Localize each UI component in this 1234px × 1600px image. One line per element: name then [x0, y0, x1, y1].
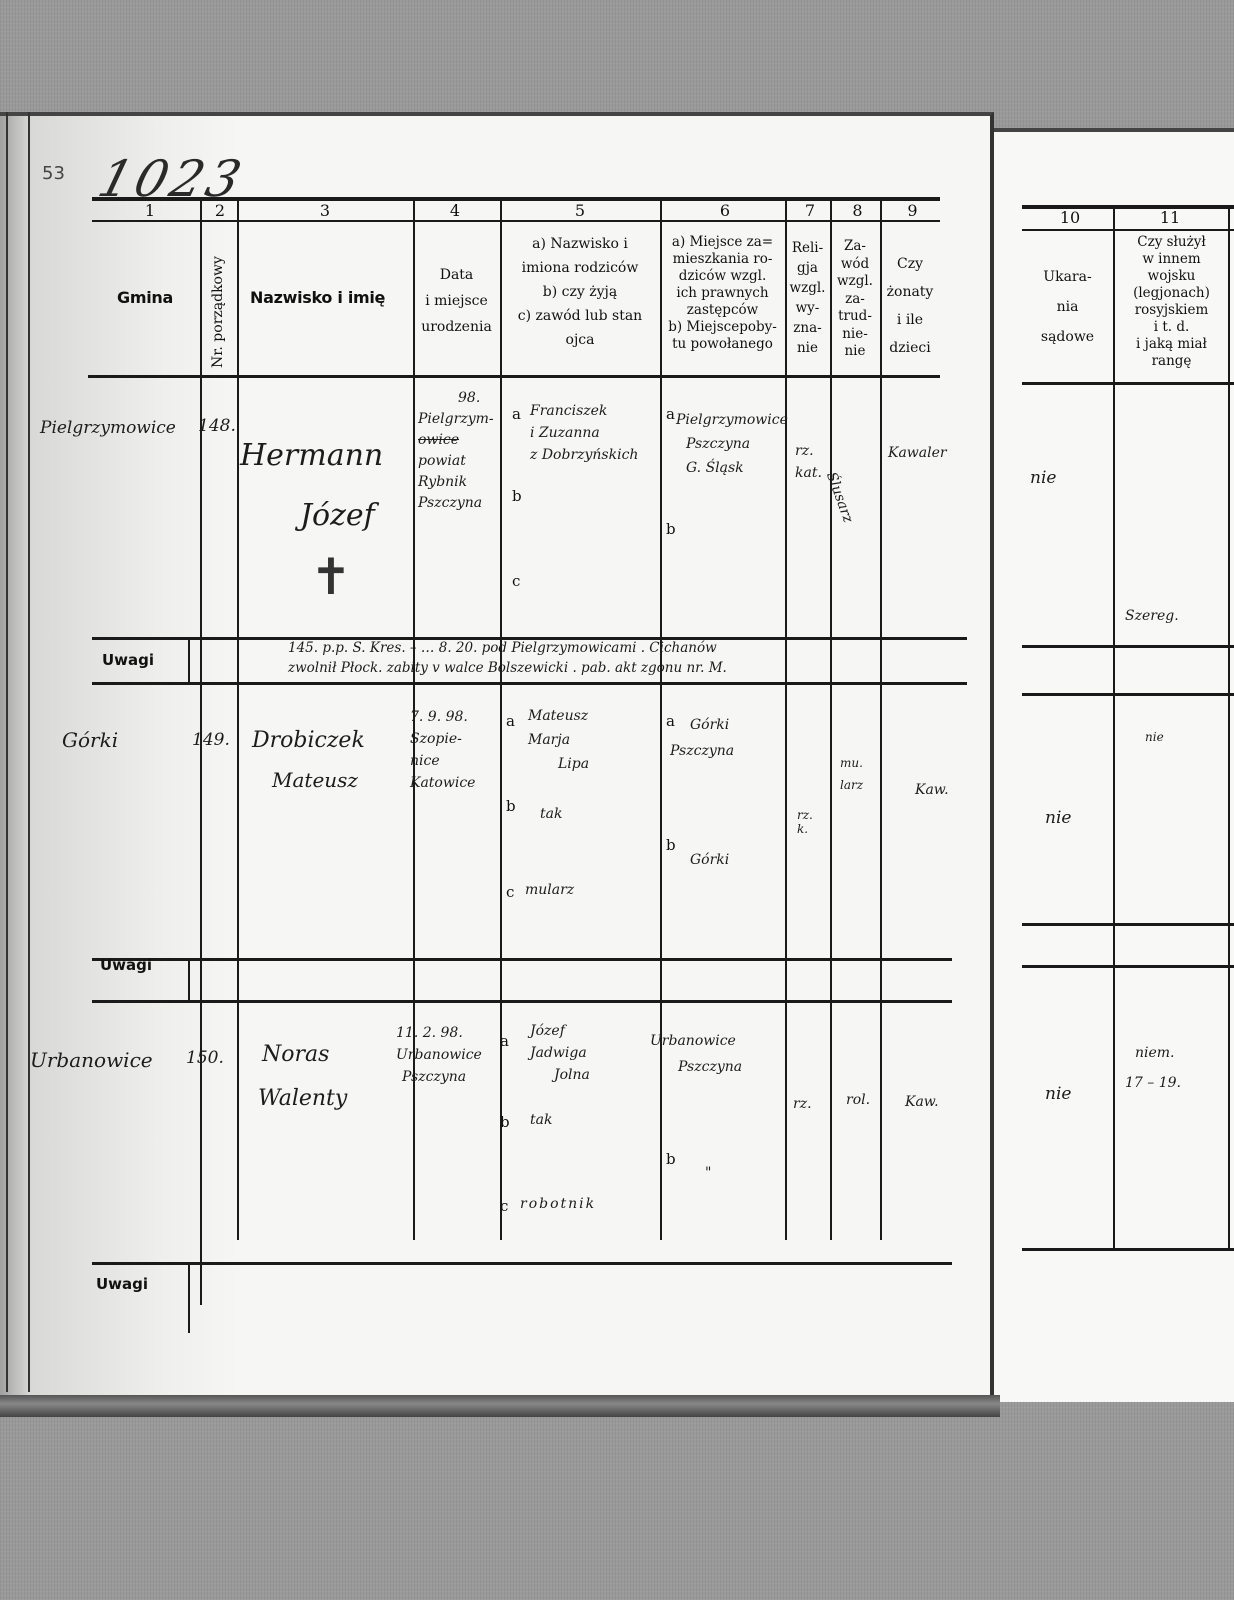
entry-given-name: Józef: [300, 498, 375, 533]
right-row3-bottom-rule: [1022, 1248, 1234, 1251]
sub-label-b: b: [666, 520, 676, 538]
header-number-rule: [92, 220, 940, 222]
remarks-divider: [188, 640, 190, 683]
right-header-bottom-rule: [1022, 382, 1234, 385]
entry-occupation: rol.: [846, 1092, 870, 1108]
entry-residence: Urbanowice Pszczyna: [650, 1028, 742, 1080]
entry-occupation: mu. larz: [840, 752, 863, 796]
remarks-label: Uwagi: [102, 651, 154, 669]
sub-label-a: a: [512, 405, 521, 423]
col-number-7: 7: [790, 201, 830, 220]
entry-gmina: Urbanowice: [30, 1048, 153, 1072]
remarks-label: Uwagi: [96, 1275, 148, 1293]
cross-mark-icon: ✝: [310, 548, 352, 606]
entry-surname: Hermann: [240, 438, 383, 473]
entry-religion: rz.: [793, 1096, 812, 1112]
sub-label-b: b: [500, 1113, 510, 1131]
row2-bottom-rule: [92, 958, 952, 961]
col-number-1: 1: [120, 201, 180, 220]
binding-edge: [6, 112, 30, 1392]
entry-convictions: nie: [1045, 808, 1071, 828]
entry-birth: 11. 2. 98. Urbanowice Pszczyna: [396, 1022, 482, 1088]
col-divider-5: [660, 200, 662, 1240]
entry-given-name: Mateusz: [272, 768, 358, 792]
entry-nr: 150.: [186, 1048, 224, 1068]
col-divider-4: [500, 200, 502, 1240]
col-number-8: 8: [835, 201, 880, 220]
col-number-6: 6: [700, 201, 750, 220]
header-sluzba-wojskowa: Czy służył w innem wojsku (legjonach) ro…: [1115, 234, 1228, 370]
sub-label-a: a: [506, 712, 515, 730]
header-religia: Reli- gja wzgl. wy- zna- nie: [785, 238, 830, 358]
entry-surname: Noras: [262, 1042, 329, 1067]
entry-remarks: 145. p.p. S. Kres. – … 8. 20. pod Pielgr…: [228, 638, 727, 678]
entry-military: niem. 17 – 19.: [1125, 1038, 1181, 1098]
entry-parents-alive: tak: [540, 806, 562, 822]
entry-given-name: Walenty: [258, 1086, 347, 1111]
col-divider-1: [200, 200, 202, 1305]
right-remarks1-bottom-rule: [1022, 693, 1234, 696]
entry-surname: Drobiczek: [252, 728, 365, 753]
sub-label-a: a: [666, 405, 675, 423]
entry-residence: Górki Pszczyna: [690, 712, 734, 764]
entry-birth: 7. 9. 98. Szopie- nice Katowice: [410, 706, 475, 794]
right-row2-bottom-rule: [1022, 923, 1234, 926]
entry-convictions: nie: [1030, 468, 1056, 488]
entry-residence: Pielgrzymowice Pszczyna G. Śląsk: [676, 408, 788, 480]
sub-label-a: a: [666, 712, 675, 730]
col-number-5: 5: [555, 201, 605, 220]
sub-label-c: c: [506, 883, 514, 901]
entry-gmina: Pielgrzymowice: [40, 418, 176, 438]
header-rodzice: a) Nazwisko i imiona rodziców b) czy żyj…: [500, 232, 660, 352]
entry-religion: rz. k.: [797, 808, 813, 836]
remarks1-bottom-rule: [92, 682, 967, 685]
header-ukarania: Ukara- nia sądowe: [1022, 262, 1113, 352]
entry-parents-alive: tak: [530, 1112, 552, 1128]
remarks2-bottom-rule: [92, 1000, 952, 1003]
header-miejsce-zamieszkania: a) Miejsce za= mieszkania ro- dziców wzg…: [660, 234, 785, 353]
header-bottom-rule: [88, 375, 940, 378]
entry-parents: Józef Jadwiga Jolna: [530, 1020, 590, 1086]
col-number-11: 11: [1140, 208, 1200, 227]
entry-military: nie: [1145, 730, 1164, 744]
right-remarks2-bottom-rule: [1022, 965, 1234, 968]
remarks-divider: [188, 961, 190, 1001]
col-number-4: 4: [430, 201, 480, 220]
header-zawod: Za- wód wzgl. za- trud- nie- nie: [830, 238, 880, 361]
entry-nr: 148.: [198, 416, 236, 436]
entry-gmina: Górki: [62, 728, 118, 752]
sub-label-b: b: [512, 487, 522, 505]
entry-parents: Mateusz Marja Lipa: [528, 704, 589, 776]
sub-label-c: c: [500, 1197, 508, 1215]
col-divider-2: [237, 200, 239, 1240]
sub-label-b: b: [666, 1150, 676, 1168]
col-number-3: 3: [300, 201, 350, 220]
entry-military: Szereg.: [1125, 608, 1179, 624]
col-number-2: 2: [203, 201, 237, 220]
header-nazwisko-imie: Nazwisko i imię: [250, 288, 385, 307]
entry-married: Kaw.: [915, 782, 949, 798]
entry-residence-b: ": [705, 1165, 711, 1181]
entry-religion: rz. kat.: [795, 440, 822, 484]
row3-bottom-rule: [92, 1262, 952, 1265]
sub-label-c: c: [512, 572, 520, 590]
header-nr-porzadkowy: Nr. porządkowy: [210, 256, 226, 368]
entry-father-occupation: mularz: [525, 882, 574, 898]
right-header-number-rule: [1022, 229, 1234, 231]
col-number-10: 10: [1040, 208, 1100, 227]
header-gmina: Gmina: [117, 288, 173, 307]
sub-label-b: b: [666, 836, 676, 854]
remarks-divider: [188, 1265, 190, 1333]
entry-father-occupation: robotnik: [520, 1196, 596, 1212]
entry-nr: 149.: [192, 730, 230, 750]
remarks-label: Uwagi: [100, 956, 152, 974]
col-number-9: 9: [885, 201, 940, 220]
entry-parents: Franciszek i Zuzanna z Dobrzyńskich: [530, 400, 638, 466]
entry-married: Kaw.: [905, 1094, 939, 1110]
right-row1-bottom-rule: [1022, 645, 1234, 648]
entry-married: Kawaler: [888, 445, 947, 461]
page-number: 53: [42, 163, 65, 184]
page-stack-edge: [0, 1395, 1000, 1417]
entry-birth: 98. Pielgrzym- owice powiat Rybnik Pszcz…: [418, 388, 494, 514]
entry-convictions: nie: [1045, 1084, 1071, 1104]
header-zonaty: Czy żonaty i ile dzieci: [880, 250, 940, 362]
sub-label-a: a: [500, 1032, 509, 1050]
sub-label-b: b: [506, 797, 516, 815]
header-data-urodzenia: Data i miejsce urodzenia: [413, 262, 500, 340]
right-col-divider-2: [1228, 208, 1230, 1248]
entry-residence-b: Górki: [690, 852, 729, 868]
